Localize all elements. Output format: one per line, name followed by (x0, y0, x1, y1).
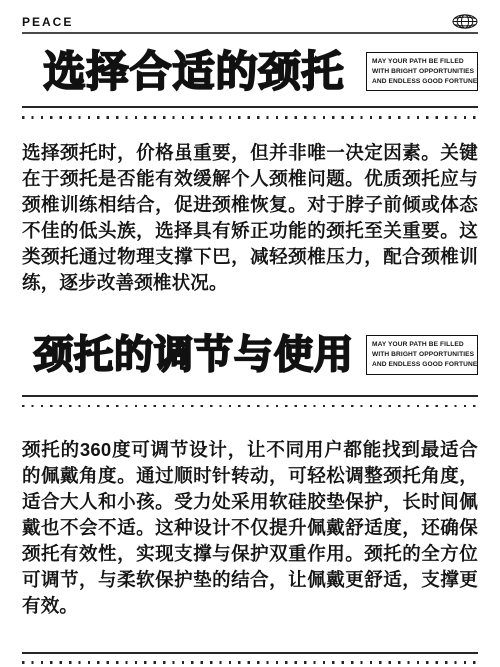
motto-line: WITH BRIGHT OPPORTUNITIES (372, 68, 473, 76)
section-choosing-neck-brace: 选择合适的颈托 MAY YOUR PATH BE FILLED WITH BRI… (22, 48, 478, 296)
dotted-divider (22, 405, 478, 408)
motto-line: MAY YOUR PATH BE FILLED (372, 341, 473, 349)
brand-label: PEACE (22, 15, 73, 29)
globe-icon (452, 14, 478, 29)
masthead: PEACE (22, 13, 478, 34)
body-paragraph: 选择颈托时，价格虽重要，但并非唯一决定因素。关键在于颈托是否能有效缓解个人颈椎问… (22, 140, 478, 296)
dotted-divider (22, 116, 478, 119)
solid-divider (22, 395, 478, 397)
solid-divider (22, 106, 478, 108)
poster-page: PEACE 选择合适的颈托 MAY YOUR PATH BE FILLED WI… (0, 0, 500, 667)
body-paragraph: 颈托的360度可调节设计，让不同用户都能找到最适合的佩戴角度。通过顺时针转动，可… (22, 437, 478, 619)
motto-box: MAY YOUR PATH BE FILLED WITH BRIGHT OPPO… (366, 335, 478, 375)
section-title: 选择合适的颈托 (22, 48, 366, 95)
section-adjust-and-use: 颈托的调节与使用 MAY YOUR PATH BE FILLED WITH BR… (22, 332, 478, 620)
title-row: 选择合适的颈托 MAY YOUR PATH BE FILLED WITH BRI… (22, 48, 478, 95)
motto-line: WITH BRIGHT OPPORTUNITIES (372, 351, 473, 359)
section-title: 颈托的调节与使用 (22, 332, 366, 379)
motto-line: AND ENDLESS GOOD FORTUNE (372, 78, 473, 86)
dotted-divider (22, 661, 478, 664)
solid-divider (22, 652, 478, 654)
motto-box: MAY YOUR PATH BE FILLED WITH BRIGHT OPPO… (366, 52, 478, 92)
motto-line: AND ENDLESS GOOD FORTUNE (372, 361, 473, 369)
motto-line: MAY YOUR PATH BE FILLED (372, 58, 473, 66)
title-row: 颈托的调节与使用 MAY YOUR PATH BE FILLED WITH BR… (22, 332, 478, 379)
footer-dividers (22, 652, 478, 664)
